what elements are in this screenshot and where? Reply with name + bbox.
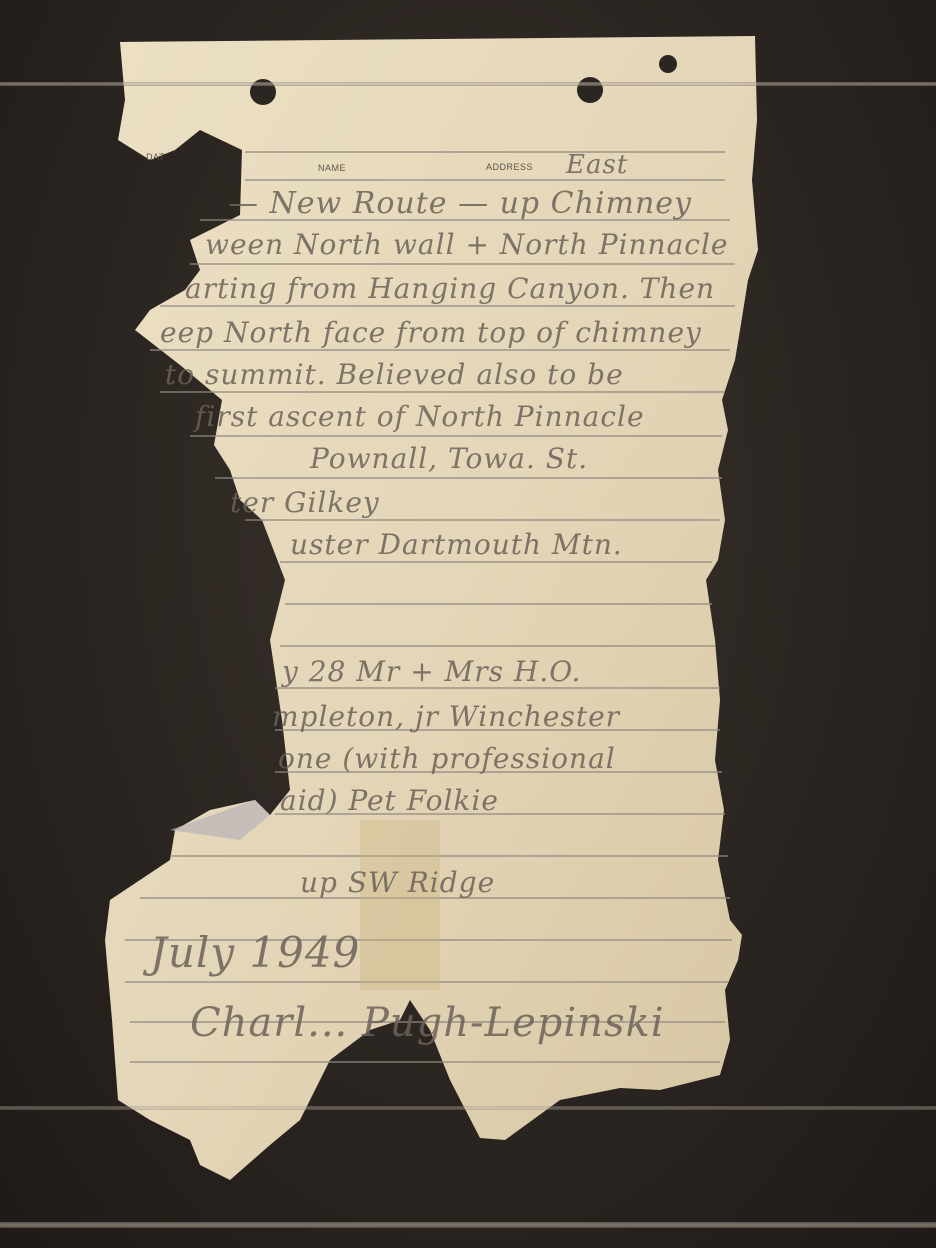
handwritten-line: to summit. Believed also to be [165,358,624,391]
handwritten-date: July 1949 [150,928,360,977]
form-label-date: DAT [146,152,165,162]
handwritten-line: eep North face from top of chimney [160,316,702,349]
handwritten-line: mpleton, jr Winchester [272,700,620,733]
handwritten-line: up SW Ridge [300,866,495,899]
display-rail-top [0,82,936,86]
handwritten-line: arting from Hanging Canyon. Then [185,272,715,305]
handwritten-signature: Charl... Pugh-Lepinski [190,1000,665,1046]
form-label-address: ADDRESS [486,162,533,172]
binder-hole [577,77,603,103]
binder-hole [659,55,677,73]
handwritten-line: aid) Pet Folkie [280,784,499,817]
handwritten-line: Pownall, Towa. St. [310,442,588,475]
handwritten-line: ween North wall + North Pinnacle [205,228,729,261]
tape-patch [360,820,440,990]
handwritten-line: first ascent of North Pinnacle [195,400,645,433]
photo-scene: DAT NAME ADDRESS East — New Route — up C… [0,0,936,1248]
handwritten-line: one (with professional [278,742,616,775]
handwritten-line: ter Gilkey [230,486,380,519]
handwritten-line: — New Route — up Chimney [228,186,692,221]
handwritten-line: y 28 Mr + Mrs H.O. [282,655,581,688]
address-value: East [566,150,628,180]
form-label-name: NAME [318,163,346,173]
display-rail-bottom [0,1222,936,1228]
handwritten-line: uster Dartmouth Mtn. [290,528,623,561]
display-rail-middle [0,1106,936,1110]
